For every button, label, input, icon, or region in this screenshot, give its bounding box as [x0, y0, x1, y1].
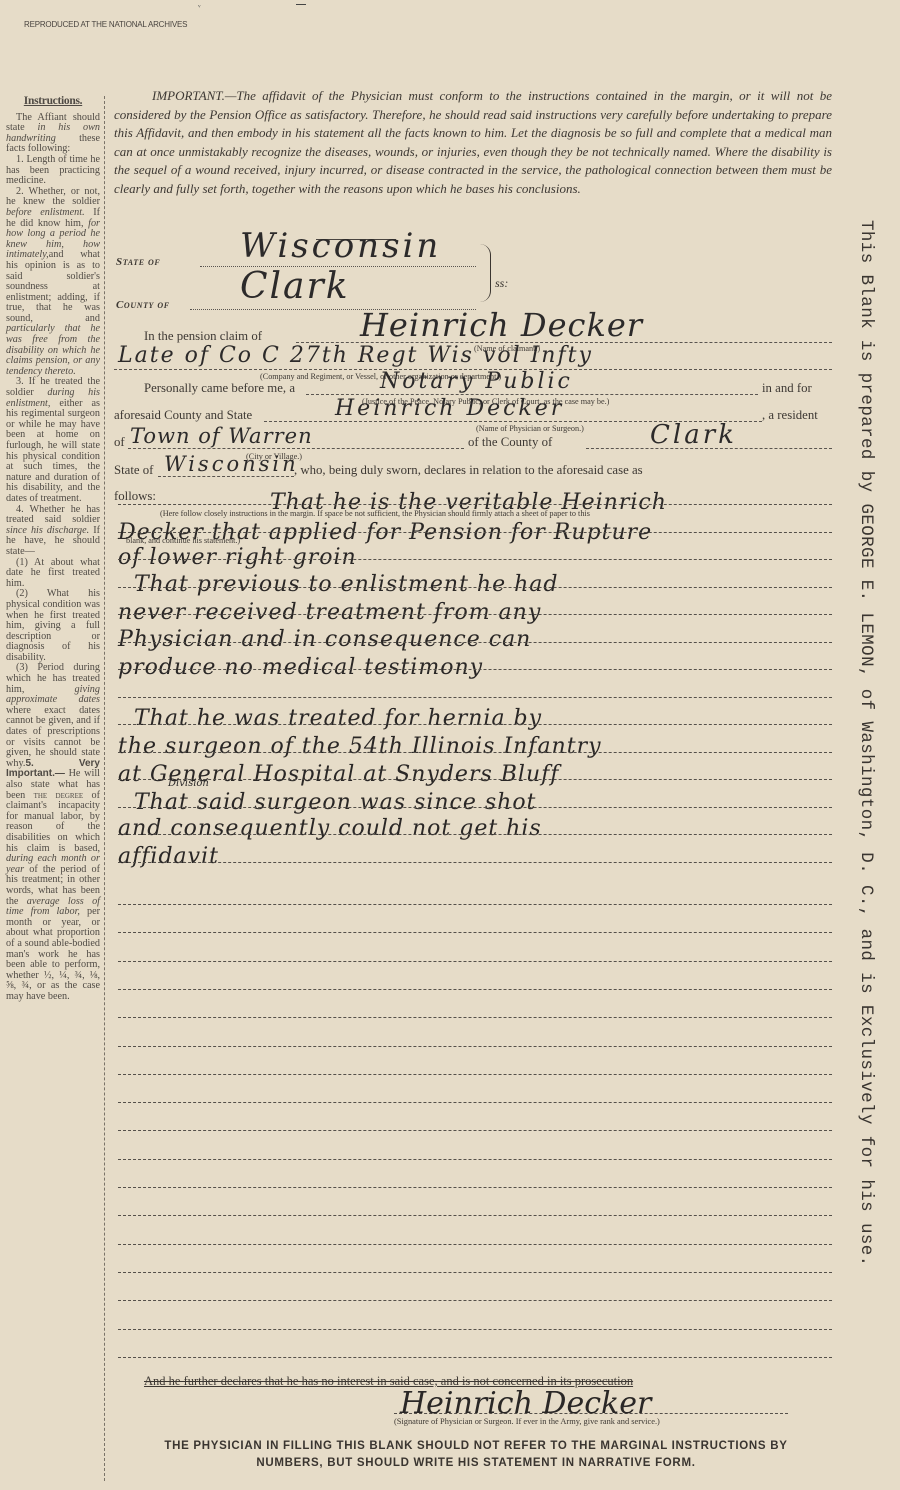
ruled-line: [118, 1074, 832, 1075]
instructions-title: Instructions.: [6, 96, 100, 107]
statement-line-text: affidavit: [118, 844, 219, 869]
statement-line-text: of lower right groin: [118, 545, 357, 570]
ruled-line: [118, 1159, 832, 1160]
claim-prefix: In the pension claim of: [144, 329, 262, 344]
footer-notice: THE PHYSICIAN IN FILLING THIS BLANK SHOU…: [110, 1438, 842, 1472]
statement-line-text: Physician and in consequence can: [118, 627, 531, 652]
instructions-column: Instructions. The Affiant should state i…: [6, 96, 100, 1002]
state-label: State of: [116, 256, 160, 268]
officer-field[interactable]: Notary Public: [380, 369, 573, 394]
ss-label: ss:: [495, 276, 508, 291]
brace: [480, 244, 491, 302]
ruled-line: [118, 697, 832, 698]
important-text: —The affidavit of the Physician must con…: [114, 88, 832, 196]
statement-line-text: produce no medical testimony: [118, 655, 483, 680]
ruled-line: [118, 1187, 832, 1188]
archive-stamp: REPRODUCED AT THE NATIONAL ARCHIVES: [24, 20, 187, 29]
physician-name-field[interactable]: Heinrich Decker: [335, 396, 564, 421]
follows-label: follows:: [114, 489, 156, 504]
ruled-line: [118, 1357, 832, 1358]
statement-line-text: That he was treated for hernia by: [134, 706, 542, 731]
statement-line-text: Decker that applied for Pension for Rupt…: [118, 520, 652, 545]
aforesaid-suffix: , a resident: [762, 408, 818, 423]
ruled-line: [118, 862, 832, 863]
county-label: County of: [116, 299, 170, 311]
sworn-text: , who, being duly sworn, declares in rel…: [294, 463, 643, 478]
important-notice: IMPORTANT.—The affidavit of the Physicia…: [114, 87, 832, 199]
aforesaid-prefix: aforesaid County and State: [114, 408, 252, 423]
signature-caption: (Signature of Physician or Surgeon. If e…: [394, 1417, 660, 1426]
physician-caption: (Name of Physician or Surgeon.): [476, 424, 584, 433]
ruled-line: [118, 932, 832, 933]
ruled-line: [118, 1329, 832, 1330]
county-field[interactable]: Clark: [240, 266, 350, 307]
ruled-line: [118, 752, 832, 753]
ruled-line: [118, 614, 832, 615]
came-before-prefix: Personally came before me, a: [144, 381, 295, 396]
ruled-line: [118, 1102, 832, 1103]
ruled-line: [118, 1130, 832, 1131]
statement-line-text: and consequently could not get his: [118, 816, 542, 841]
town-field[interactable]: Town of Warren: [130, 424, 313, 448]
county-of-label: of the County of: [468, 435, 552, 450]
ruled-line: [118, 1046, 832, 1047]
instructions-body: The Affiant should state in his own hand…: [6, 113, 100, 1003]
town-line: [128, 448, 464, 449]
ruled-line: [118, 989, 832, 990]
statement-line-text: never received treatment from any: [118, 600, 541, 625]
ruled-line: [118, 642, 832, 643]
state-field[interactable]: Wisconsin: [240, 226, 441, 266]
ruled-line: [118, 724, 832, 725]
came-before-suffix: in and for: [762, 381, 812, 396]
ruled-line: [118, 807, 832, 808]
ruled-line: [118, 834, 832, 835]
ruled-line: [118, 559, 832, 560]
state2-label: State of: [114, 463, 153, 478]
of-label: of: [114, 435, 125, 450]
scan-mark: [296, 4, 306, 5]
ruled-line: [118, 532, 832, 533]
footer-line-2: NUMBERS, BUT SHOULD WRITE HIS STATEMENT …: [110, 1455, 842, 1472]
ruled-line: [118, 587, 832, 588]
side-notice-text: This Blank is prepared by GEORGE E. LEMO…: [856, 220, 876, 1267]
ruled-line: [118, 669, 832, 670]
ruled-line: [118, 1272, 832, 1273]
statement-line-text: That previous to enlistment he had: [134, 572, 558, 597]
claimant-name-field[interactable]: Heinrich Decker: [360, 306, 643, 344]
statement-insertion: Division: [168, 778, 209, 789]
statement-line-text: That he is the veritable Heinrich: [270, 490, 667, 515]
company-field[interactable]: Late of Co C 27th Regt Wis vol Infty: [118, 343, 593, 368]
state2-field[interactable]: Wisconsin: [164, 452, 299, 476]
signature-field[interactable]: Heinrich Decker: [400, 1386, 651, 1421]
ruled-line: [118, 504, 832, 505]
side-notice: This Blank is prepared by GEORGE E. LEMO…: [842, 220, 882, 1340]
ruled-line: [118, 1215, 832, 1216]
state2-line: [158, 476, 294, 477]
statement-line-text: That said surgeon was since shot: [134, 790, 536, 815]
footer-line-1: THE PHYSICIAN IN FILLING THIS BLANK SHOU…: [110, 1438, 842, 1455]
scan-speck: ᵛ: [198, 2, 201, 12]
ruled-line: [118, 1300, 832, 1301]
ruled-line: [118, 1244, 832, 1245]
statement-line-text: the surgeon of the 54th Illinois Infantr…: [118, 734, 602, 759]
margin-rule: [104, 96, 105, 1481]
ruled-line: [118, 961, 832, 962]
ruled-line: [118, 1017, 832, 1018]
county2-field[interactable]: Clark: [650, 420, 737, 450]
important-lead: IMPORTANT.: [152, 88, 225, 103]
ruled-line: [118, 904, 832, 905]
ruled-line: [118, 779, 832, 780]
officer-line: [306, 394, 758, 395]
